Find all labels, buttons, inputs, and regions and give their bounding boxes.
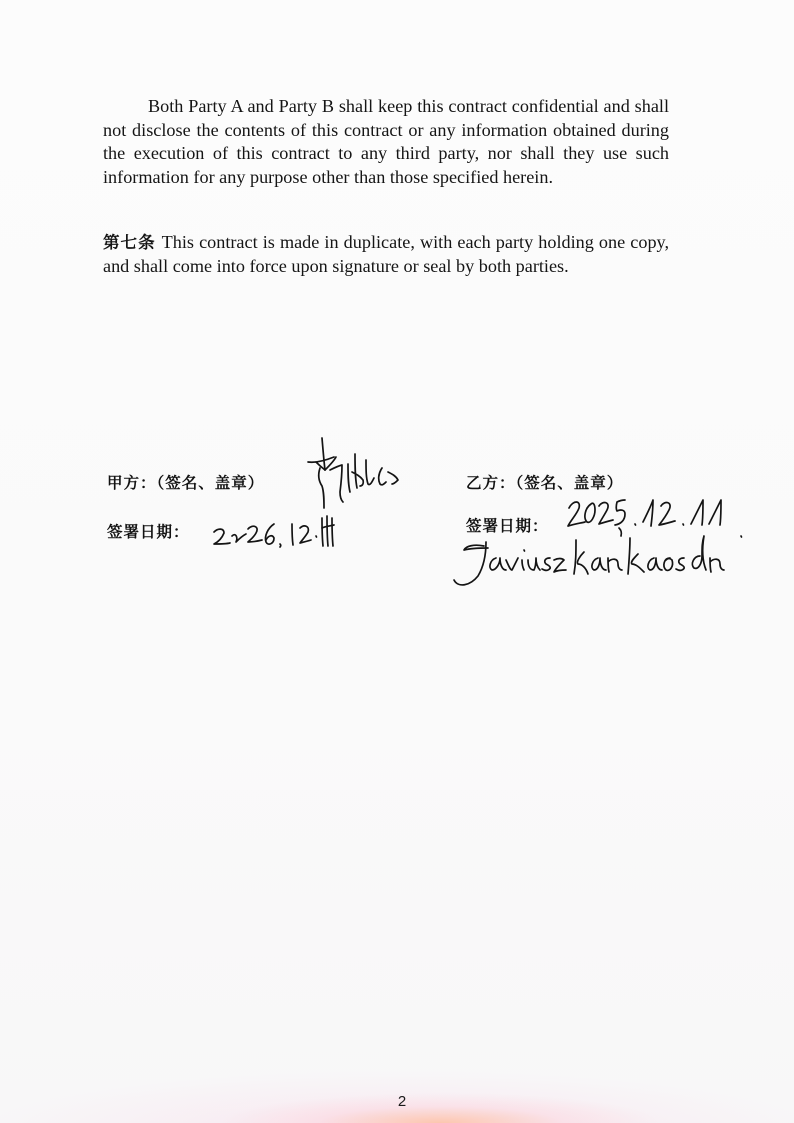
page-number: 2 bbox=[0, 1093, 794, 1110]
article-seven: 第七条This contract is made in duplicate, w… bbox=[103, 231, 669, 278]
party-a-date-label: 签署日期： bbox=[107, 520, 190, 542]
document-page: Both Party A and Party B shall keep this… bbox=[0, 0, 794, 1123]
party-b-label: 乙方：（签名、盖章） bbox=[466, 471, 623, 493]
article-seven-text: This contract is made in duplicate, with… bbox=[103, 232, 669, 276]
party-a-handwritten-date bbox=[208, 508, 348, 552]
article-seven-number: 第七条 bbox=[103, 233, 156, 252]
confidentiality-paragraph: Both Party A and Party B shall keep this… bbox=[103, 95, 669, 189]
party-a-handwritten-signature bbox=[300, 430, 410, 515]
party-b-handwritten-signature bbox=[448, 532, 738, 592]
party-a-label: 甲方：（签名、盖章） bbox=[107, 471, 264, 493]
